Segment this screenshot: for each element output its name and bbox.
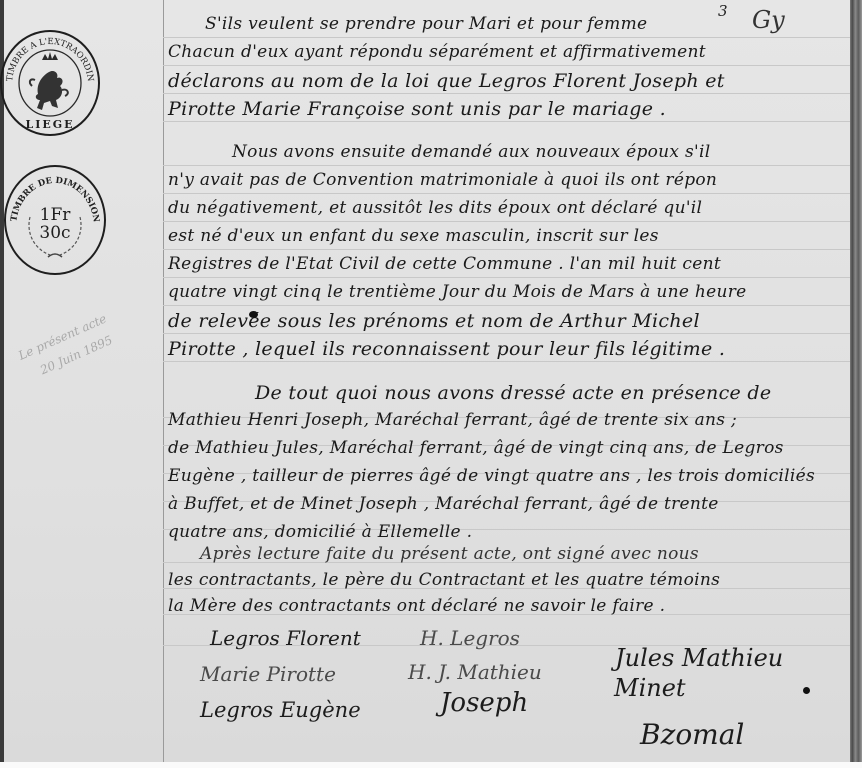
- body-line: de Mathieu Jules, Maréchal ferrant, âgé …: [168, 438, 784, 458]
- stamp-value-centimes: 30c: [39, 224, 70, 242]
- ruled-line: [163, 333, 850, 334]
- body-line: Nous avons ensuite demandé aux nouveaux …: [232, 142, 710, 162]
- body-line: de relevée sous les prénoms et nom de Ar…: [168, 310, 700, 332]
- signature-marie-pirotte: Marie Pirotte: [200, 662, 336, 686]
- stamp-timbre-extraordinaire: TIMBRE A L'EXTRAORDINAIRE LIEGE: [0, 30, 100, 136]
- clerk-initials: Gy: [752, 6, 785, 34]
- body-line: Après lecture faite du présent acte, ont…: [200, 544, 699, 564]
- body-line: Chacun d'eux ayant répondu séparément et…: [168, 42, 706, 62]
- body-line: est né d'eux un enfant du sexe masculin,…: [168, 226, 659, 246]
- body-line: déclarons au nom de la loi que Legros Fl…: [168, 70, 725, 92]
- body-line: Pirotte , lequel ils reconnaissent pour …: [168, 338, 725, 360]
- ink-blot: [803, 687, 810, 694]
- document-page: TIMBRE A L'EXTRAORDINAIRE LIEGE TIMBRE D…: [0, 0, 862, 768]
- signature-officer: Bzomal: [640, 718, 744, 751]
- page-binding-edge: [850, 0, 862, 768]
- stamp-value-francs: 1Fr: [40, 206, 71, 224]
- ruled-line: [163, 165, 850, 166]
- ink-blot: [249, 311, 258, 318]
- signature-h-legros: H. Legros: [420, 626, 520, 650]
- ruled-line: [163, 221, 850, 222]
- body-line: S'ils veulent se prendre pour Mari et po…: [205, 14, 647, 34]
- ruled-line: [163, 361, 850, 362]
- stamp-city-label: LIEGE: [2, 118, 98, 131]
- signature-jules-mathieu: Jules Mathieu: [615, 644, 783, 672]
- margin-rule: [163, 0, 164, 768]
- stamp-timbre-de-dimension: TIMBRE DE DIMENSION 1Fr 30c: [4, 165, 106, 275]
- body-line: Mathieu Henri Joseph, Maréchal ferrant, …: [168, 410, 737, 430]
- body-line: Eugène , tailleur de pierres âgé de ving…: [168, 466, 815, 486]
- body-line: n'y avait pas de Convention matrimoniale…: [168, 170, 717, 190]
- ruled-line: [163, 121, 850, 122]
- body-line: les contractants, le père du Contractant…: [168, 570, 720, 590]
- signature-h-j-mathieu: H. J. Mathieu: [408, 660, 542, 684]
- pencil-margin-note: Le présent acte 20 Juin 1895: [15, 293, 152, 386]
- body-line: à Buffet, et de Minet Joseph , Maréchal …: [168, 494, 719, 514]
- ruled-line: [163, 305, 850, 306]
- signature-minet: Minet: [614, 674, 686, 702]
- ruled-line: [163, 249, 850, 250]
- body-line: la Mère des contractants ont déclaré ne …: [168, 596, 665, 616]
- page-bottom-edge: [0, 762, 862, 768]
- signature-joseph: Joseph: [440, 688, 528, 718]
- ruled-line: [163, 277, 850, 278]
- ruled-line: [163, 37, 850, 38]
- page-number: 3: [718, 2, 728, 20]
- body-line: du négativement, et aussitôt les dits ép…: [168, 198, 702, 218]
- body-line: Registres de l'Etat Civil de cette Commu…: [168, 254, 721, 274]
- body-line: quatre vingt cinq le trentième Jour du M…: [168, 282, 747, 302]
- body-line: De tout quoi nous avons dressé acte en p…: [255, 382, 771, 404]
- ruled-line: [163, 93, 850, 94]
- ruled-line: [163, 65, 850, 66]
- body-line: Pirotte Marie Françoise sont unis par le…: [168, 98, 666, 120]
- body-line: quatre ans, domicilié à Ellemelle .: [168, 522, 472, 542]
- signature-legros-florent: Legros Florent: [210, 626, 361, 650]
- signature-legros-eugene: Legros Eugène: [200, 698, 361, 722]
- ruled-line: [163, 193, 850, 194]
